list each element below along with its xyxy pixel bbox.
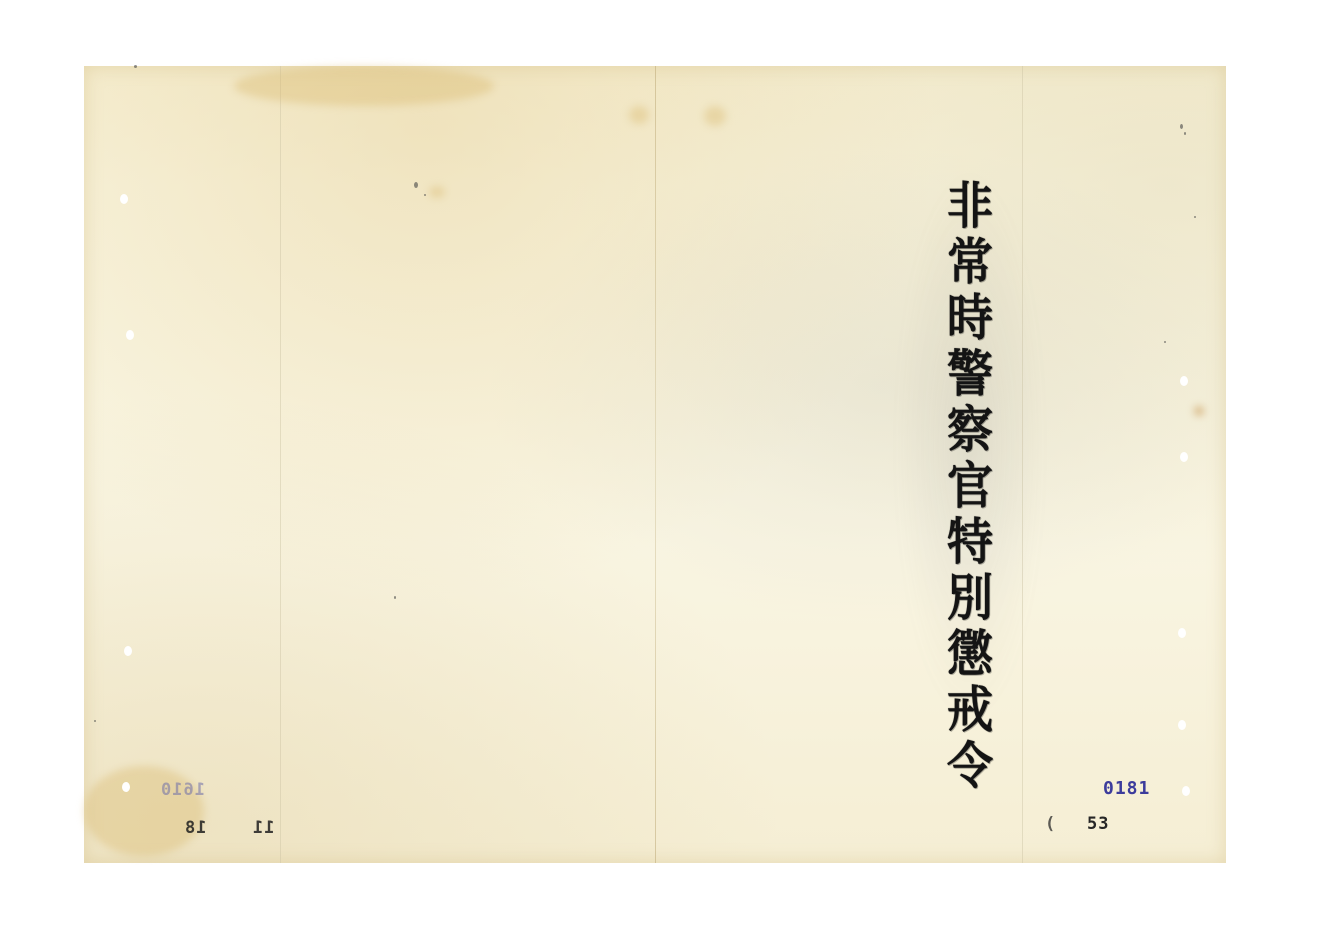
title-char: 時 xyxy=(947,290,993,346)
title-char: 令 xyxy=(947,738,993,794)
stamp-fragment: ( xyxy=(1045,814,1056,834)
title-char: 別 xyxy=(947,570,993,626)
archive-stamp-blue: 0181 xyxy=(1103,778,1150,799)
title-char: 戒 xyxy=(947,682,993,738)
title-char: 官 xyxy=(947,458,993,514)
bleedthrough-stamp-black-right: 11 xyxy=(252,818,274,838)
title-char: 察 xyxy=(947,402,993,458)
bleedthrough-stamp-black-left: 18 xyxy=(184,818,206,838)
vertical-title: 非 常 時 警 察 官 特 別 懲 戒 令 xyxy=(930,178,1010,794)
title-char: 特 xyxy=(947,514,993,570)
archive-stamp-black: 53 xyxy=(1087,814,1109,834)
title-char: 常 xyxy=(947,234,993,290)
right-page: 非 常 時 警 察 官 特 別 懲 戒 令 0181 ( 53 xyxy=(655,66,1226,863)
title-char: 警 xyxy=(947,346,993,402)
left-page: 1610 18 11 xyxy=(84,66,655,863)
title-char: 非 xyxy=(947,178,993,234)
title-char: 懲 xyxy=(947,626,993,682)
document-sheet: 1610 18 11 非 常 時 警 察 官 特 別 懲 戒 令 0181 ( … xyxy=(84,66,1226,863)
bleedthrough-stamp-blue: 1610 xyxy=(160,780,205,800)
